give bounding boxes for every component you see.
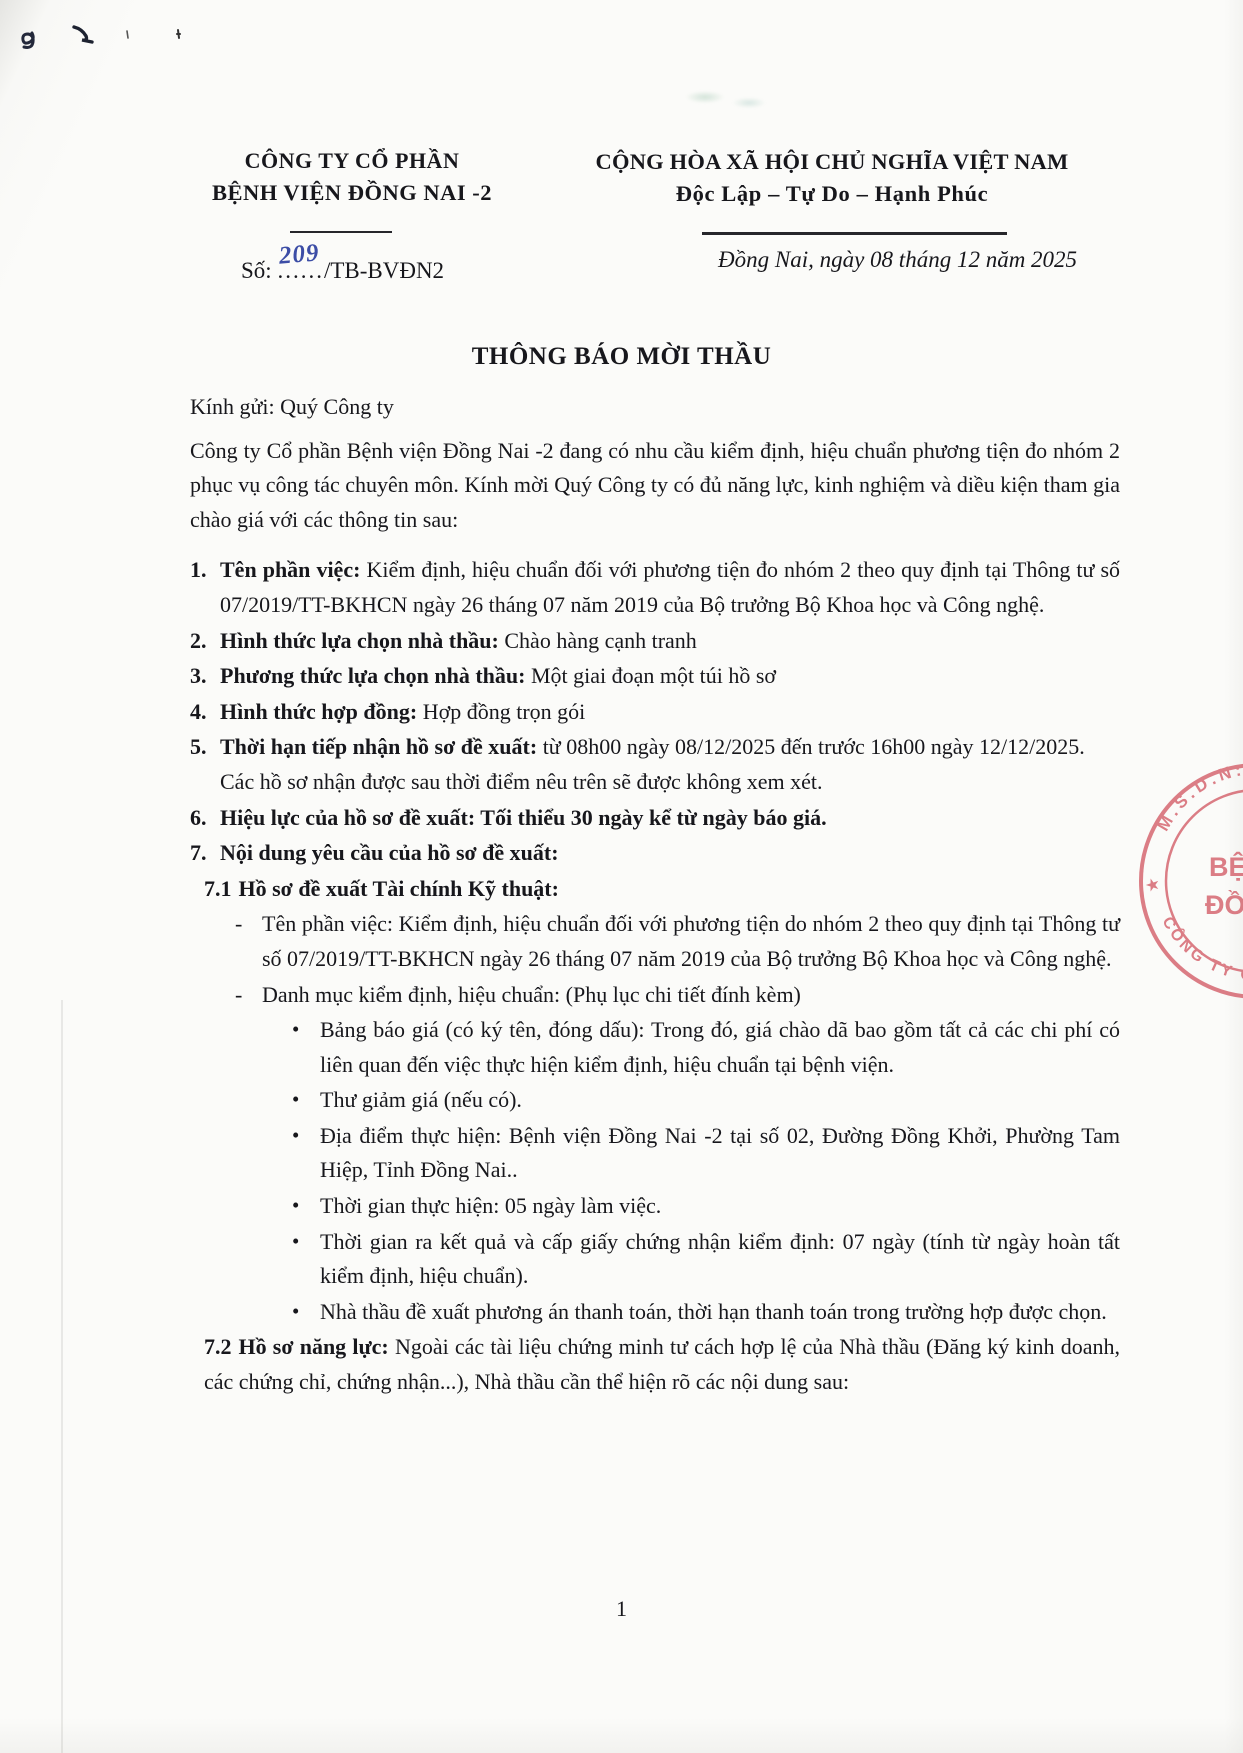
bullet-marker: • <box>292 1118 299 1153</box>
list-item-4: 4. Hình thức hợp đồng: Hợp đồng trọn gói <box>190 695 1120 730</box>
bullet-marker: • <box>292 1188 299 1223</box>
bullet-text: Thời gian ra kết quả và cấp giấy chứng n… <box>320 1229 1120 1289</box>
bullet-text: Bảng báo giá (có ký tên, đóng dấu): Tron… <box>320 1017 1120 1077</box>
item-label: Hình thức lựa chọn nhà thầu: <box>220 628 499 653</box>
item-number: 6. <box>190 801 207 836</box>
scan-edge-line <box>61 1000 63 1753</box>
issuer-block: CÔNG TY CỔ PHẦN BỆNH VIỆN ĐỒNG NAI -2 <box>193 146 511 209</box>
list-item-3: 3. Phương thức lựa chọn nhà thầu: Một gi… <box>190 659 1120 694</box>
item-label: Phương thức lựa chọn nhà thầu: <box>220 663 525 688</box>
page-number: 1 <box>0 1596 1243 1622</box>
subsection-number: 7.1 <box>204 876 232 901</box>
company-stamp: M.S.D.N: 3 CÔNG TY CP BỆNH ★ BỆNH V ĐỒNG… <box>1107 731 1243 1031</box>
bullet-marker: • <box>292 1294 299 1329</box>
item-text: Một giai đoạn một túi hồ sơ <box>531 663 776 688</box>
list-item-1: 1. Tên phần việc: Kiểm định, hiệu chuẩn … <box>190 553 1120 622</box>
item-number: 3. <box>190 659 207 694</box>
item-number: 7. <box>190 836 207 871</box>
item-text: Chào hàng cạnh tranh <box>504 628 696 653</box>
item-number: 2. <box>190 624 207 659</box>
subsection-7-1: 7.1Hồ sơ đề xuất Tài chính Kỹ thuật: <box>204 872 1120 907</box>
list-item-5: 5. Thời hạn tiếp nhận hồ sơ đề xuất: từ … <box>190 730 1120 799</box>
item-number: 5. <box>190 730 207 765</box>
document-number-line: Số: ......209/TB-BVĐN2 <box>241 258 444 284</box>
document-body: Kính gửi: Quý Công ty Công ty Cổ phần Bệ… <box>190 390 1120 1400</box>
national-motto: Độc Lập – Tự Do – Hạnh Phúc <box>553 177 1111 210</box>
subsection-label: Hồ sơ đề xuất Tài chính Kỹ thuật: <box>239 876 559 901</box>
stamp-arc-top-text: M.S.D.N: 3 <box>1153 758 1243 834</box>
subsection-7-2: 7.2Hồ sơ năng lực: Ngoài các tài liệu ch… <box>204 1330 1120 1399</box>
stamp-center-line2: ĐỒNG N <box>1205 889 1243 920</box>
bullet-text: Thời gian thực hiện: 05 ngày làm việc. <box>320 1193 661 1218</box>
item-number: 1. <box>190 553 207 588</box>
item-label: Nội dung yêu cầu của hồ sơ đề xuất: <box>220 840 559 865</box>
motto-underline <box>702 232 1007 235</box>
item-label: Hiệu lực của hồ sơ đề xuất: Tối thiểu 30… <box>220 805 827 830</box>
document-number-prefix: Số: <box>241 258 272 283</box>
item-number: 4. <box>190 695 207 730</box>
national-title: CỘNG HÒA XÃ HỘI CHỦ NGHĨA VIỆT NAM <box>553 146 1111 177</box>
bullet-text: Nhà thầu đề xuất phương án thanh toán, t… <box>320 1299 1107 1324</box>
item-label: Thời hạn tiếp nhận hồ sơ đề xuất: <box>220 734 537 759</box>
dash-text: Danh mục kiểm định, hiệu chuẩn: (Phụ lục… <box>262 982 801 1007</box>
bullet-marker: • <box>292 1012 299 1047</box>
bullet-item-2: • Thư giảm giá (nếu có). <box>190 1083 1120 1118</box>
subsection-number: 7.2 <box>204 1334 232 1359</box>
item-text: Hợp đồng trọn gói <box>423 699 586 724</box>
document-number-suffix: /TB-BVĐN2 <box>324 258 444 283</box>
issuer-underline <box>290 231 392 233</box>
handwritten-number: 209 <box>278 239 321 270</box>
dash-text: Tên phần việc: Kiểm định, hiệu chuẩn đối… <box>262 911 1120 971</box>
bullet-text: Thư giảm giá (nếu có). <box>320 1087 522 1112</box>
bullet-item-5: • Thời gian ra kết quả và cấp giấy chứng… <box>190 1225 1120 1294</box>
stamp-center-line1: BỆNH V <box>1209 851 1243 882</box>
scanned-document-page: CÔNG TY CỔ PHẦN BỆNH VIỆN ĐỒNG NAI -2 Số… <box>0 0 1243 1753</box>
dash-marker: - <box>235 978 242 1013</box>
stamp-star-icon: ★ <box>1143 874 1163 897</box>
bullet-text: Địa điểm thực hiện: Bệnh viện Đồng Nai -… <box>320 1123 1120 1183</box>
place-date-line: Đồng Nai, ngày 08 tháng 12 năm 2025 <box>718 247 1077 273</box>
dash-item-1: - Tên phần việc: Kiểm định, hiệu chuẩn đ… <box>190 907 1120 976</box>
item-label: Hình thức hợp đồng: <box>220 699 417 724</box>
page-title: THÔNG BÁO MỜI THẦU <box>0 343 1243 371</box>
item-label: Tên phần việc: <box>220 557 360 582</box>
bullet-item-6: • Nhà thầu đề xuất phương án thanh toán,… <box>190 1295 1120 1330</box>
stamp-arc-bottom-text: CÔNG TY CP BỆNH <box>1158 914 1243 984</box>
bullet-marker: • <box>292 1224 299 1259</box>
scan-smudge <box>672 80 782 118</box>
national-motto-block: CỘNG HÒA XÃ HỘI CHỦ NGHĨA VIỆT NAM Độc L… <box>553 146 1111 210</box>
bullet-item-4: • Thời gian thực hiện: 05 ngày làm việc. <box>190 1189 1120 1224</box>
dash-marker: - <box>235 907 242 942</box>
subsection-label: Hồ sơ năng lực: <box>239 1334 389 1359</box>
item-text: từ 08h00 ngày 08/12/2025 đến trước 16h00… <box>543 734 1085 759</box>
bullet-marker: • <box>292 1082 299 1117</box>
list-item-2: 2. Hình thức lựa chọn nhà thầu: Chào hàn… <box>190 624 1120 659</box>
ink-scribble-marks <box>10 15 270 75</box>
dash-item-2: - Danh mục kiểm định, hiệu chuẩn: (Phụ l… <box>190 978 1120 1013</box>
issuer-name-line2: BỆNH VIỆN ĐỒNG NAI -2 <box>193 176 511 209</box>
document-number-dots: ......209 <box>277 258 324 284</box>
bullet-item-1: • Bảng báo giá (có ký tên, đóng dấu): Tr… <box>190 1013 1120 1082</box>
list-item-6: 6. Hiệu lực của hồ sơ đề xuất: Tối thiểu… <box>190 801 1120 836</box>
intro-paragraph: Công ty Cổ phần Bệnh viện Đồng Nai -2 đa… <box>190 434 1120 538</box>
bullet-item-3: • Địa điểm thực hiện: Bệnh viện Đồng Nai… <box>190 1119 1120 1188</box>
list-item-7: 7. Nội dung yêu cầu của hồ sơ đề xuất: <box>190 836 1120 871</box>
item-note: Các hồ sơ nhận được sau thời điểm nêu tr… <box>220 765 1120 800</box>
salutation: Kính gửi: Quý Công ty <box>190 390 1120 425</box>
issuer-name-line1: CÔNG TY CỔ PHẦN <box>193 146 511 176</box>
